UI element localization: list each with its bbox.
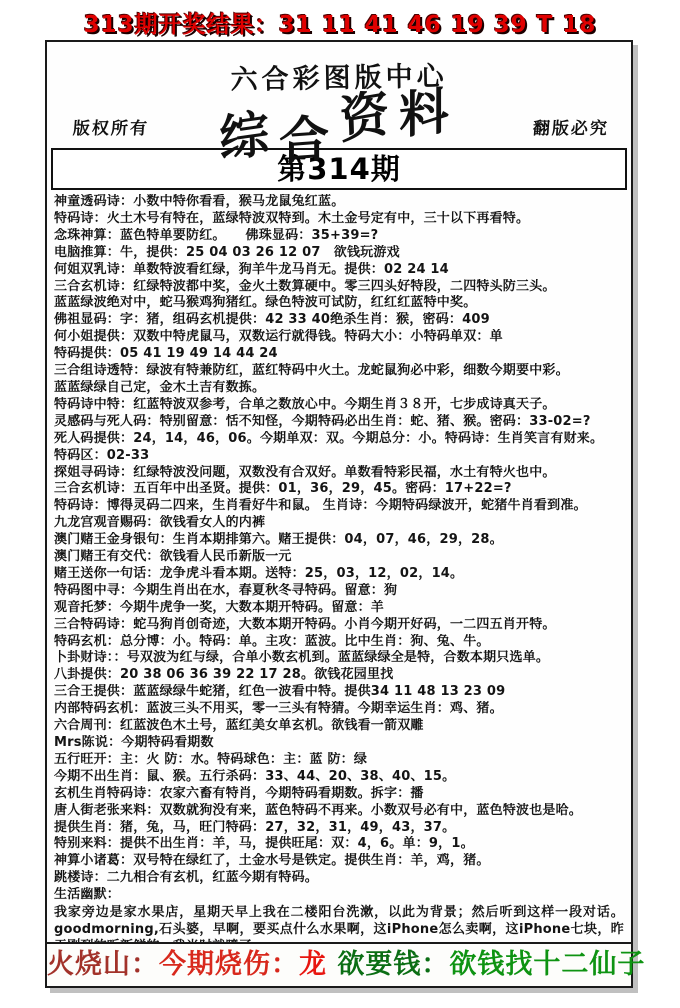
- tip-line: 赌王送你一句话：龙争虎斗看本期。送特：25，03，12，02，14。: [54, 566, 625, 583]
- tip-line: 特码提供：05 41 19 49 14 44 24: [54, 346, 625, 363]
- tip-line: 生活幽默：: [54, 887, 625, 904]
- tip-line: 三合王提供：蓝蓝绿绿牛蛇猪，红色一波看中特。提供34 11 48 13 23 0…: [54, 684, 625, 701]
- tip-line: 何姐双乳诗：单数特波看红绿，狗羊牛龙马肖无。提供：02 24 14: [54, 262, 625, 279]
- tip-line: 观音托梦：今期牛虎争一奖，大数本期开特码。留意：羊: [54, 600, 625, 617]
- previous-draw-result-banner: 313期开奖结果：31 11 41 46 19 39 T 18: [0, 6, 680, 39]
- tip-line: 特码诗：博得灵码二四来，生肖看好牛和鼠。 生肖诗：今期特码绿波开，蛇猪牛肖看到准…: [54, 498, 625, 515]
- tip-line: 何小姐提供：双数中特虎鼠马，双数运行就得钱。特码大小：小特码单双：单: [54, 329, 625, 346]
- tip-line: 六合周刊：红蓝波色木土号，蓝红美女单玄机。欲钱看一箭双雕: [54, 718, 625, 735]
- brand-char: 综: [218, 92, 280, 173]
- tip-line: 蓝蓝绿绿自己定，金木土吉有数拣。: [54, 380, 625, 397]
- tip-line: 特别来料：提供不出生肖：羊，马，提供旺尾：双：4，6。单：9，1。: [54, 836, 625, 853]
- brand-char: 资: [338, 70, 400, 153]
- tip-line: 提供生肖：猪，兔，马，旺门特码：27，32，31，49，43，37。: [54, 820, 625, 837]
- tip-line: 电脑推算：牛，提供：25 04 03 26 12 07 欲钱玩游戏: [54, 245, 625, 262]
- tip-line: 九龙宫观音赐码：欲钱看女人的内裤: [54, 515, 625, 532]
- footer-segment: 火烧山：: [47, 949, 159, 980]
- footer-hint-strip: 火烧山：今期烧伤：龙 欲要钱：欲钱找十二仙子: [47, 942, 631, 986]
- brand-char: 合: [279, 98, 339, 174]
- tip-line: 玄机生肖特码诗：农家六畜有特肖，今期特码看期数。拆字：播: [54, 786, 625, 803]
- tip-line: 探姐寻码诗：红绿特波没问题，双数没有合双好。单数看特彩民福，水土有特火也中。: [54, 465, 625, 482]
- tip-line: 唐人街老张来料：双数就狗没有来，蓝色特码不再来。小数双号必有中，蓝色特波也是哈。: [54, 803, 625, 820]
- copyright-note: 版权所有: [72, 114, 150, 139]
- tip-line: 三合玄机诗：红绿特波都中奖，金火土数算硬中。零三四头好特段，二四特头防三头。: [54, 279, 625, 296]
- tip-line: 灵感码与死人码：特别留意：恬不知怪，今期特码必出生肖：蛇、猪、猴。密码：33-0…: [54, 414, 625, 431]
- tip-line: 特码诗：火土木号有特在，蓝绿特波双特到。木土金号定有中，三十以下再看特。: [54, 211, 625, 228]
- tip-line: 特码诗中特：红蓝特波双参考，合单之数放心中。今期生肖３８开，七步成诗真天子。: [54, 397, 625, 414]
- footer-segment: 龙: [299, 949, 327, 980]
- tips-list: 神童透码诗：小数中特你看看，猴马龙鼠兔红蓝。特码诗：火土木号有特在，蓝绿特波双特…: [47, 190, 631, 904]
- tip-line: 佛祖显码：字：猪，组码玄机提供：42 33 40绝杀生肖：猴，密码：409: [54, 312, 625, 329]
- tip-line: 跳楼诗：二九相合有玄机，红蓝今期有特码。: [54, 870, 625, 887]
- brand-char: 料: [399, 70, 459, 149]
- masthead: 六合彩图版中心 综合资料 版权所有 翻版必究: [47, 42, 631, 146]
- tip-line: 八卦提供：20 38 06 36 39 22 17 28。欲钱花园里找: [54, 667, 625, 684]
- tip-line: 卜卦财诗：：号双波为红与绿，合单小数玄机到。蓝蓝绿绿全是特，合数本期只选单。: [54, 650, 625, 667]
- tip-line: 澳门赌王有交代：欲钱看人民币新版一元: [54, 549, 625, 566]
- footer-segment: 欲要钱：: [327, 949, 449, 980]
- issue-number-box: 第314期: [51, 148, 627, 190]
- tip-line: 三合特码诗：蛇马狗肖创奇迹，大数本期开特码。小肖今期开好码，一二四五肖开特。: [54, 617, 625, 634]
- tip-line: 内部特码玄机：蓝波三头不用买，零一三头有特猜。今期幸运生肖：鸡、猪。: [54, 701, 625, 718]
- tip-line: 三合组诗透特：绿波有特兼防红，蓝红特码中火土。龙蛇鼠狗必中彩，细数今期要中彩。: [54, 363, 625, 380]
- lottery-sheet: 六合彩图版中心 综合资料 版权所有 翻版必究 第314期 神童透码诗：小数中特你…: [45, 40, 633, 988]
- footer-segment: 今期烧伤：: [159, 949, 299, 980]
- tip-line: 特码图中寻：今期生肖出在水，春夏秋冬寻特码。留意：狗: [54, 583, 625, 600]
- tip-line: 特码区：02-33: [54, 448, 625, 465]
- footer-segment: 欲钱找十二仙子: [449, 949, 645, 980]
- tip-line: 神算小诸葛：双号特在绿红了，土金水号是铁定。提供生肖：羊，鸡，猪。: [54, 853, 625, 870]
- tip-line: 五行旺开：主：火 防：水。特码球色：主：蓝 防：绿: [54, 752, 625, 769]
- tip-line: 三合玄机诗：五百年中出圣贤。提供：01，36，29，45。密码：17+22=?: [54, 481, 625, 498]
- tip-line: Mrs陈说：今期特码看期数: [54, 735, 625, 752]
- tip-line: 今期不出生肖：鼠、猴。五行杀码：33、44、20、38、40、15。: [54, 769, 625, 786]
- tip-line: 死人码提供：24，14，46，06。今期单双：双。今期总分：小。特码诗：生肖笑言…: [54, 431, 625, 448]
- tip-line: 澳门赌王金身银句：生肖本期排第六。赌王提供：04，07，46，29，28。: [54, 532, 625, 549]
- tip-line: 特码玄机：总分博：小。特码：单。主攻：蓝波。比中生肖：狗、兔、牛。: [54, 634, 625, 651]
- tip-line: 念珠神算：蓝色特单要防红。 佛珠显码：35+39=?: [54, 228, 625, 245]
- tip-line: 神童透码诗：小数中特你看看，猴马龙鼠兔红蓝。: [54, 194, 625, 211]
- tip-line: 蓝蓝绿波绝对中，蛇马猴鸡狗猪红。绿色特波可试防，红红红蓝特中奖。: [54, 295, 625, 312]
- reprint-warning-note: 翻版必究: [532, 114, 610, 139]
